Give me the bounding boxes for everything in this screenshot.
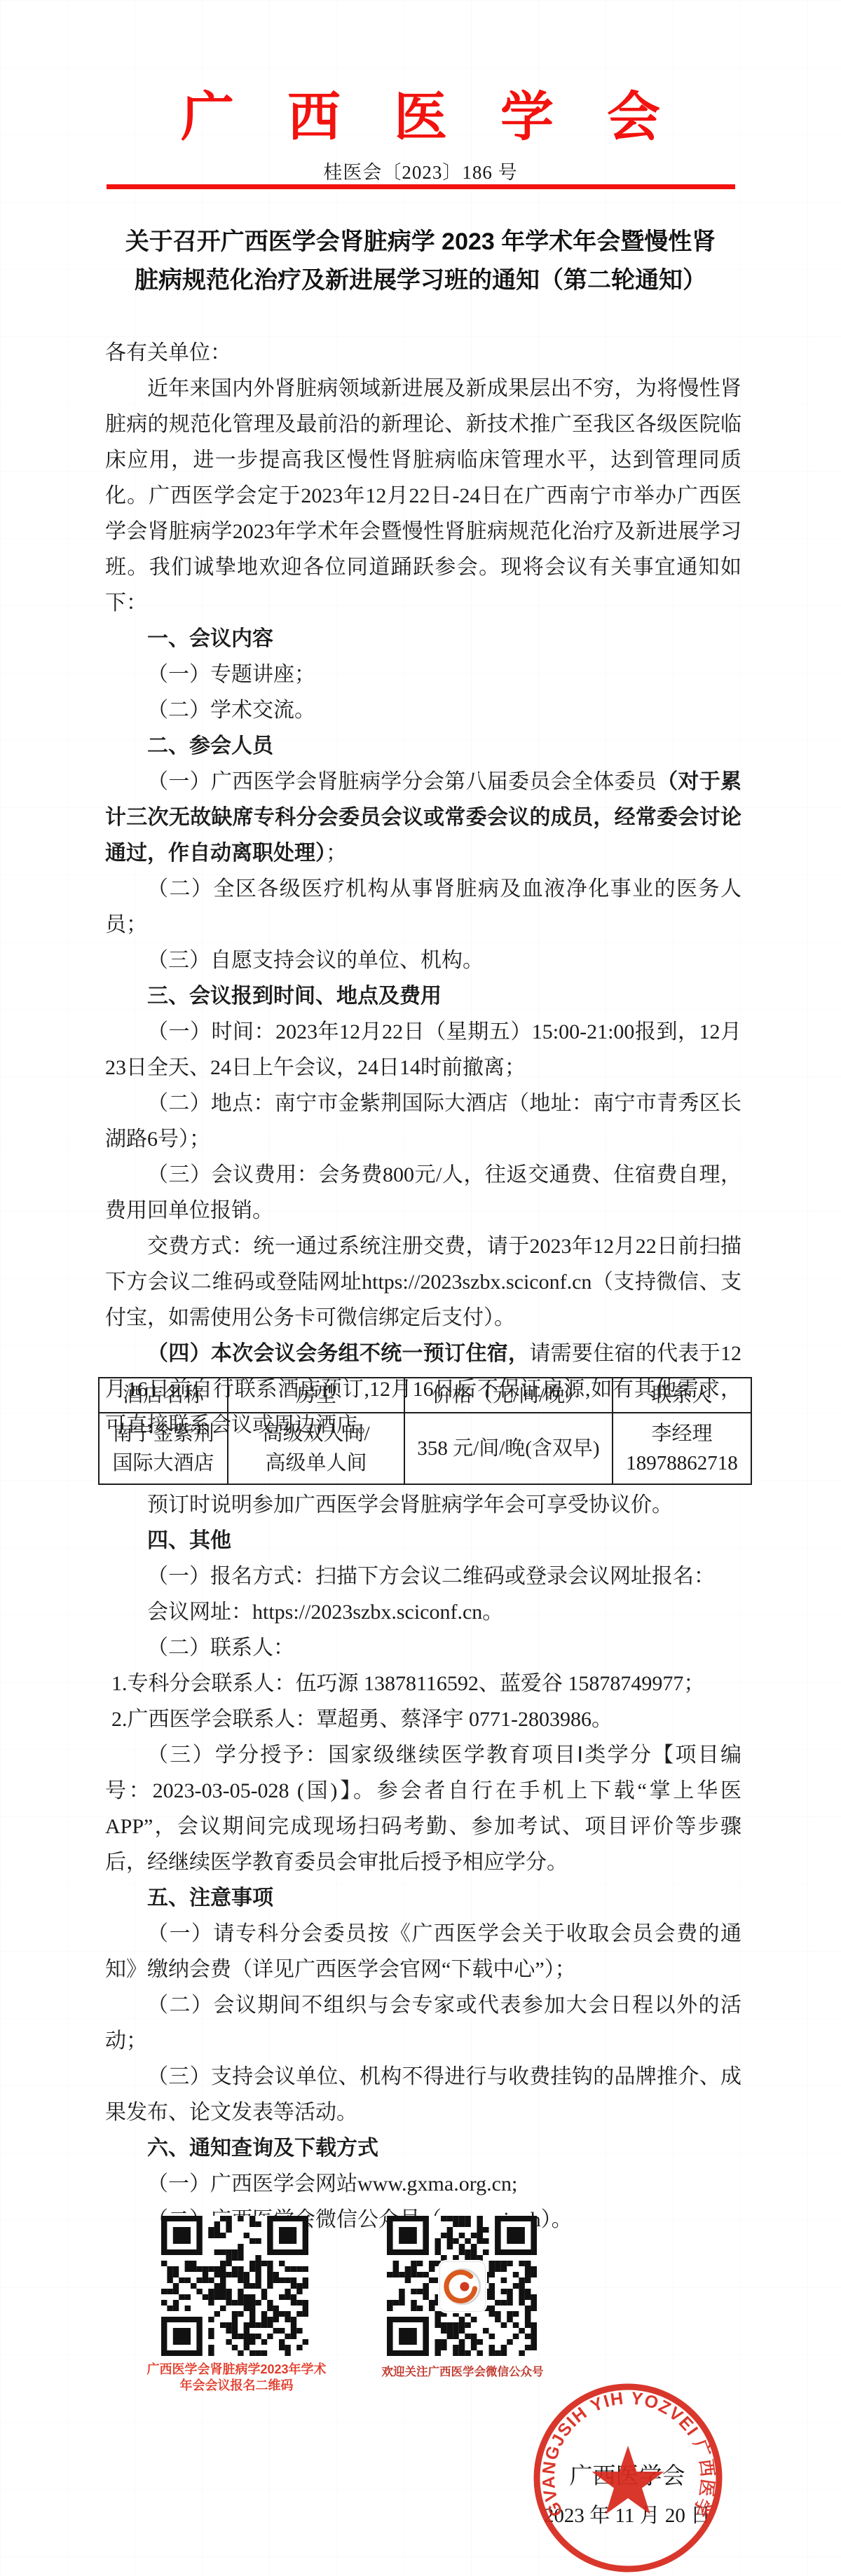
col-header-contact: 联系人 [613,1378,751,1413]
section-2-heading: 二、参会人员 [105,728,741,764]
star-icon [592,2446,664,2514]
hotel-table-row: 南宁金紫荆 国际大酒店 高级双人间/ 高级单人间 358 元/间/晚(含双早) … [99,1413,751,1484]
section-4-heading: 四、其他 [105,1523,741,1558]
section-2-item-1-tail: ； [326,842,347,865]
section-4-item-2: （二）联系人： [105,1630,741,1666]
wechat-account-logo-icon [439,2261,486,2312]
cell-contact: 李经理 18978862718 [613,1413,751,1484]
section-5-item-2: （二）会议期间不组织与会专家或代表参加大会日程以外的活动； [105,1987,741,2059]
contact-phone: 18978862718 [613,1448,751,1478]
org-name-char: 广 [181,85,234,150]
section-3-heading: 三、会议报到时间、地点及费用 [105,978,741,1014]
section-1-item-2: （二）学术交流。 [105,692,741,728]
section-5-heading: 五、注意事项 [105,1880,741,1916]
hotel-table: 酒店名称 房型 价格（元/间/晚） 联系人 南宁金紫荆 国际大酒店 高级双人间/… [98,1377,752,1485]
section-3-item-4-bold: （四）本次会议会务组不统一预订住宿， [147,1342,529,1365]
document-title-line1: 关于召开广西医学会肾脏病学 2023 年学术年会暨慢性肾 [49,223,792,261]
document-title: 关于召开广西医学会肾脏病学 2023 年学术年会暨慢性肾 脏病规范化治疗及新进展… [49,223,792,300]
hotel-name-line2: 国际大酒店 [100,1448,227,1478]
section-6-item-1: （一）广西医学会网站www.gxma.org.cn; [105,2166,741,2202]
payment-paragraph: 交费方式：统一通过系统注册交费，请于2023年12月22日前扫描下方会议二维码或… [105,1228,741,1336]
section-3-item-1: （一）时间：2023年12月22日（星期五）15:00-21:00报到，12月2… [105,1014,741,1085]
col-header-hotel-name: 酒店名称 [99,1378,228,1413]
col-header-room-type: 房型 [228,1378,404,1413]
registration-qr-caption-line2: 年会会议报名二维码 [116,2378,357,2394]
section-2-item-3: （三）自愿支持会议的单位、机构。 [105,943,741,978]
official-seal: GVANGJSIH YIH YOZVEI 广西医学会 [530,2380,726,2576]
wechat-qr-code [387,2216,537,2356]
contact-name: 李经理 [613,1419,751,1448]
red-divider-line [107,184,735,189]
salutation: 各有关单位： [105,335,741,371]
section-3-item-2: （二）地点：南宁市金紫荆国际大酒店（地址：南宁市青秀区长湖路6号）； [105,1085,741,1157]
cell-room-type: 高级双人间/ 高级单人间 [228,1413,404,1484]
org-name-char: 学 [500,85,554,150]
cell-price: 358 元/间/晚(含双早) [404,1413,613,1484]
section-1-item-1: （一）专题讲座； [105,657,741,692]
hotel-name-line1: 南宁金紫荆 [100,1419,227,1448]
room-type-line2: 高级单人间 [228,1448,404,1478]
body-section-bottom: 预订时说明参加广西医学会肾脏病学年会可享受协议价。 四、其他 （一）报名方式：扫… [105,1487,741,2238]
section-1-heading: 一、会议内容 [105,621,741,657]
room-type-line1: 高级双人间/ [228,1419,404,1448]
section-4-item-3: （三）学分授予：国家级继续医学教育项目Ⅰ类学分【项目编号：2023-03-05-… [105,1737,741,1880]
conference-url-line: 会议网址：https://2023szbx.sciconf.cn。 [105,1594,741,1630]
wechat-qr-caption: 欢迎关注广西医学会微信公众号 [336,2364,589,2380]
section-4-item-1: （一）报名方式：扫描下方会议二维码或登录会议网址报名： [105,1558,741,1594]
org-name-banner: 广 西 医 学 会 [0,85,841,150]
org-name-char: 医 [394,85,447,150]
org-name-char: 西 [287,85,341,150]
section-6-heading: 六、通知查询及下载方式 [105,2130,741,2166]
association-emblem-icon [440,2262,485,2311]
section-5-item-1: （一）请专科分会委员按《广西医学会关于收取会员会费的通知》缴纳会费（详见广西医学… [105,1916,741,1987]
col-header-price: 价格（元/间/晚） [404,1378,613,1413]
intro-paragraph: 近年来国内外肾脏病领域新进展及新成果层出不穷，为将慢性肾脏病的规范化管理及最前沿… [105,371,741,621]
section-5-item-3: （三）支持会议单位、机构不得进行与收费挂钩的品牌推介、成果发布、论文发表等活动。 [105,2059,741,2130]
section-2-item-1-text: （一）广西医学会肾脏病学分会第八届委员会全体委员 [147,770,657,793]
cell-hotel-name: 南宁金紫荆 国际大酒店 [99,1413,228,1484]
section-3-item-3: （三）会议费用：会务费800元/人，往返交通费、住宿费自理，费用回单位报销。 [105,1157,741,1228]
association-contacts-line: 2.广西医学会联系人：覃超勇、蔡泽宇 0771-2803986。 [105,1701,741,1737]
hotel-table-header-row: 酒店名称 房型 价格（元/间/晚） 联系人 [99,1378,751,1413]
section-2-item-1: （一）广西医学会肾脏病学分会第八届委员会全体委员（对于累计三次无故缺席专科分会委… [105,764,741,871]
registration-qr-caption-line1: 广西医学会肾脏病学2023年学术 [116,2362,357,2378]
doc-number: 桂医会〔2023〕186 号 [0,161,841,184]
section-2-item-2: （二）全区各级医疗机构从事肾脏病及血液净化事业的医务人员； [105,871,741,943]
document-page: 广 西 医 学 会 桂医会〔2023〕186 号 关于召开广西医学会肾脏病学 2… [0,0,841,2576]
registration-qr-code [161,2216,308,2356]
document-title-line2: 脏病规范化治疗及新进展学习班的通知（第二轮通知） [49,261,792,300]
body-section-top: 各有关单位： 近年来国内外肾脏病领域新进展及新成果层出不穷，为将慢性肾脏病的规范… [105,335,741,1443]
booking-note: 预订时说明参加广西医学会肾脏病学年会可享受协议价。 [105,1487,741,1523]
branch-contacts-line: 1.专科分会联系人：伍巧源 13878116592、蓝爱谷 1587874997… [105,1666,741,1701]
org-name-char: 会 [607,85,660,150]
registration-qr-caption: 广西医学会肾脏病学2023年学术 年会会议报名二维码 [116,2362,357,2394]
